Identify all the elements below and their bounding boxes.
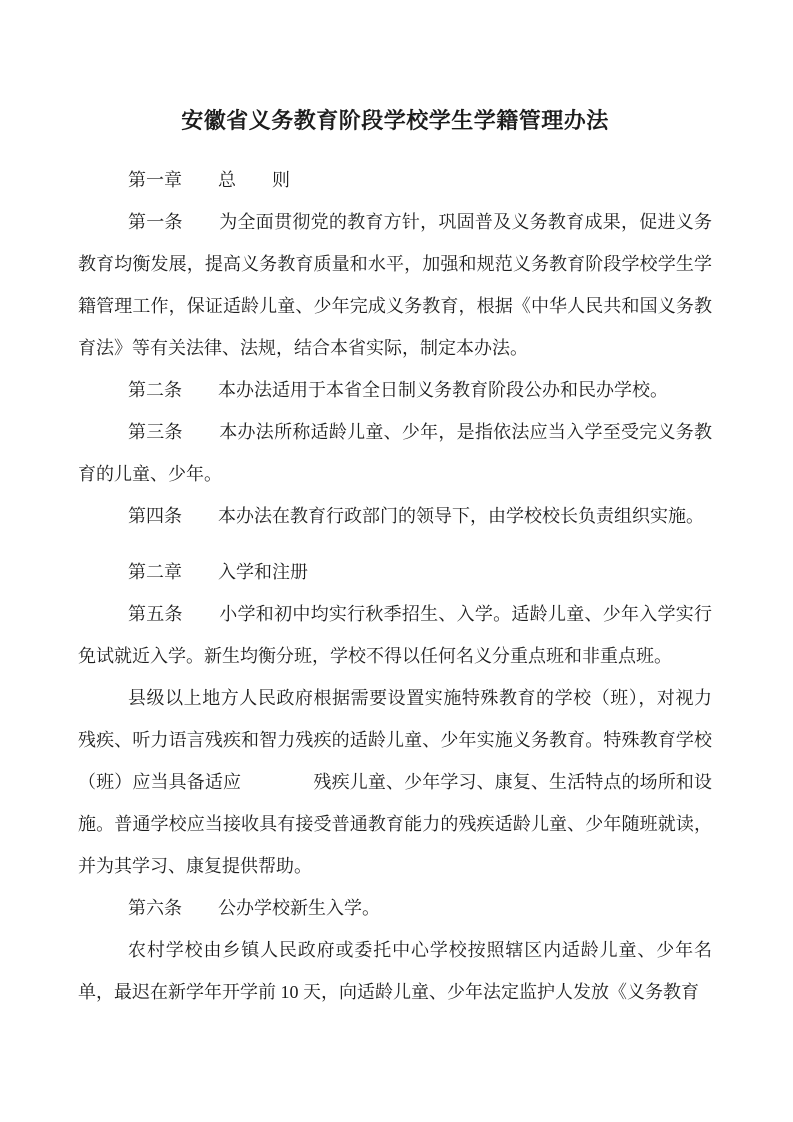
article-paragraph: 第六条 公办学校新生入学。 <box>78 887 712 929</box>
article-paragraph: 第三条 本办法所称适龄儿童、少年，是指依法应当入学至受完义务教育的儿童、少年。 <box>78 411 712 495</box>
chapter-heading: 第二章 入学和注册 <box>78 551 712 593</box>
chapter-heading: 第一章 总 则 <box>78 159 712 201</box>
article-paragraph: 第四条 本办法在教育行政部门的领导下，由学校校长负责组织实施。 <box>78 495 712 537</box>
document-body: 安徽省义务教育阶段学校学生学籍管理办法 第一章 总 则 第一条 为全面贯彻党的教… <box>78 0 712 1013</box>
document-title: 安徽省义务教育阶段学校学生学籍管理办法 <box>78 97 712 145</box>
body-paragraph: 县级以上地方人民政府根据需要设置实施特殊教育的学校（班），对视力残疾、听力语言残… <box>78 677 712 887</box>
document-page: 安徽省义务教育阶段学校学生学籍管理办法 第一章 总 则 第一条 为全面贯彻党的教… <box>0 0 793 1122</box>
body-paragraph: 农村学校由乡镇人民政府或委托中心学校按照辖区内适龄儿童、少年名单，最迟在新学年开… <box>78 929 712 1013</box>
article-paragraph: 第一条 为全面贯彻党的教育方针，巩固普及义务教育成果，促进义务教育均衡发展，提高… <box>78 201 712 369</box>
article-paragraph: 第二条 本办法适用于本省全日制义务教育阶段公办和民办学校。 <box>78 369 712 411</box>
article-paragraph: 第五条 小学和初中均实行秋季招生、入学。适龄儿童、少年入学实行免试就近入学。新生… <box>78 593 712 677</box>
